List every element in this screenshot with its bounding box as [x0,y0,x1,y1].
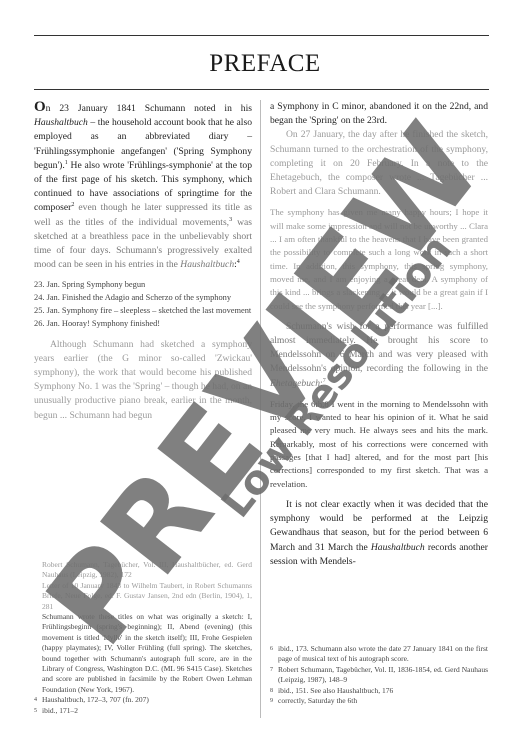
footnote: 6ibid., 173. Schumann also wrote the dat… [270,644,488,665]
intro-paragraph: On 23 January 1841 Schumann noted in his… [34,100,252,272]
final-paragraph: It is not clear exactly when it was deci… [270,498,488,569]
diary-entry: 25. Jan. Symphony fire – sleepless – ske… [34,305,252,318]
footnote: 8ibid., 151. See also Haushaltbuch, 176 [270,686,488,696]
mendelssohn-quote: Friday, the 6th,8 I went in the morning … [270,398,488,491]
footnote: 9correctly, Saturday the 6th [270,696,488,706]
title-top-rule [34,35,489,36]
diary-entry: 23. Jan. Spring Symphony begun [34,279,252,292]
dropcap: O [34,99,46,115]
diary-entries: 23. Jan. Spring Symphony begun 24. Jan. … [34,279,252,330]
letter-quote: The symphony has given me many happy hou… [270,206,488,312]
footnote: Letter of 10 January 1843 to Wilhelm Tau… [34,581,252,612]
document-page: PREFACE On 23 January 1841 Schumann note… [0,0,530,750]
title-bottom-rule [34,89,489,90]
footnote: 5ibid., 171–2 [34,706,252,716]
right-column: a Symphony in C minor, abandoned it on t… [270,100,488,569]
diary-entry: 26. Jan. Hooray! Symphony finished! [34,318,252,331]
diary-entry: 24. Jan. Finished the Adagio and Scherzo… [34,292,252,305]
performance-paragraph: Schumann's wish for a performance was fu… [270,320,488,391]
opening-paragraph: a Symphony in C minor, abandoned it on t… [270,100,488,128]
footnote: 4Haushaltbuch, 172–3, 707 (fn. 207) [34,695,252,705]
paragraph-27-january: On 27 January, the day after he finished… [270,128,488,199]
footnote: Robert Schumann, Tagebücher, Vol. III, H… [34,560,252,581]
column-divider [260,100,261,718]
paragraph-2: Although Schumann had sketched a symphon… [34,338,252,423]
footnotes-left: Robert Schumann, Tagebücher, Vol. III, H… [34,560,252,716]
footnote: Schumann wrote these titles on what was … [34,612,252,695]
left-column: On 23 January 1841 Schumann noted in his… [34,100,252,423]
footnote: 7Robert Schumann, Tagebücher, Vol. II, 1… [270,665,488,686]
page-title: PREFACE [0,50,530,78]
footnotes-right: 6ibid., 173. Schumann also wrote the dat… [270,644,488,706]
